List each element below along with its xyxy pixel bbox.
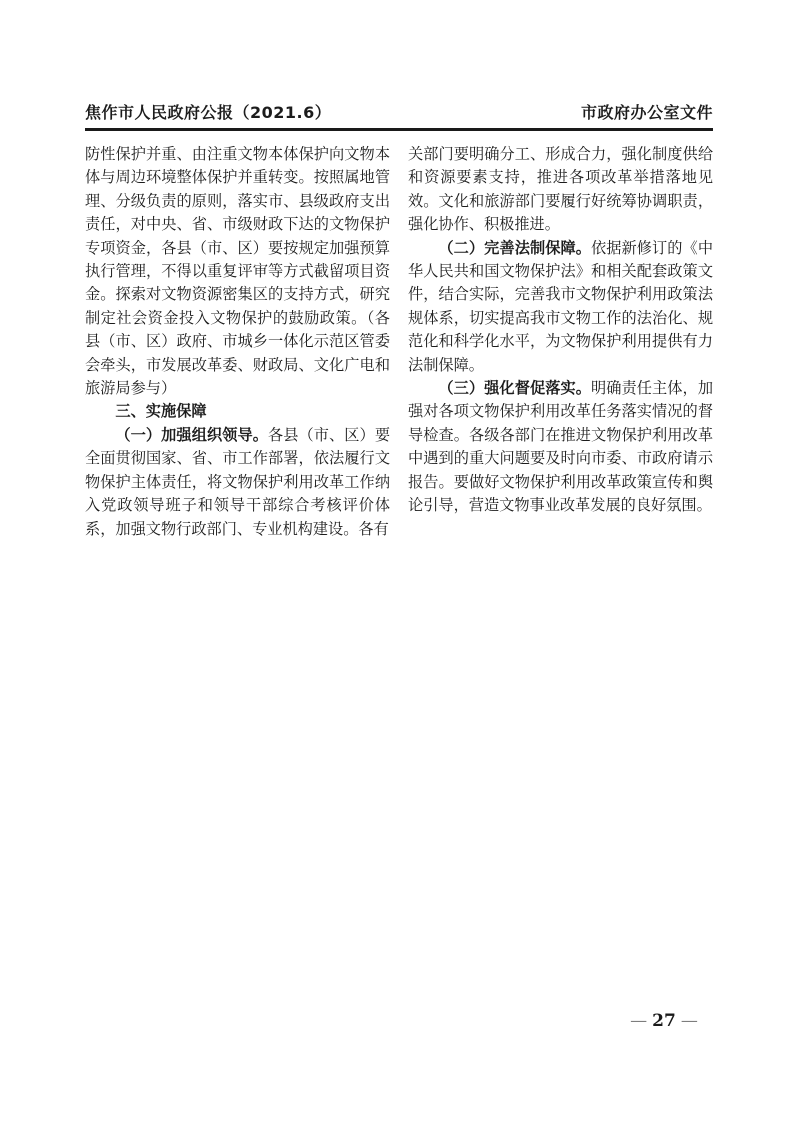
- footer-dash-left: —: [630, 1011, 647, 1031]
- item2-paragraph: （二）完善法制保障。依据新修订的《中华人民共和国文物保护法》和相关配套政策文件，…: [408, 237, 713, 377]
- item1-continuation-paragraph: 关部门要明确分工、形成合力，强化制度供给和资源要素支持，推进各项改革举措落地见效…: [408, 143, 713, 237]
- continuation-paragraph: 防性保护并重、由注重文物本体保护向文物本体与周边环境整体保护并重转变。按照属地管…: [85, 143, 390, 400]
- header-rule: [85, 128, 713, 131]
- item3-body: 明确责任主体，加强对各项文物保护利用改革任务落实情况的督导检查。各级各部门在推进…: [408, 379, 713, 514]
- item1-lead: （一）加强组织领导。: [115, 426, 268, 444]
- footer-dash-right: —: [681, 1011, 698, 1031]
- page-header: 焦作市人民政府公报（2021.6） 市政府办公室文件: [85, 100, 713, 123]
- header-left-title: 焦作市人民政府公报（2021.6）: [85, 100, 331, 123]
- item3-paragraph: （三）强化督促落实。明确责任主体，加强对各项文物保护利用改革任务落实情况的督导检…: [408, 377, 713, 517]
- item2-body: 依据新修订的《中华人民共和国文物保护法》和相关配套政策文件，结合实际，完善我市文…: [408, 239, 713, 374]
- left-column: 防性保护并重、由注重文物本体保护向文物本体与周边环境整体保护并重转变。按照属地管…: [85, 143, 390, 541]
- page-footer: —27—: [599, 1011, 729, 1031]
- right-column: 关部门要明确分工、形成合力，强化制度供给和资源要素支持，推进各项改革举措落地见效…: [408, 143, 713, 541]
- item3-lead: （三）强化督促落实。: [438, 379, 591, 397]
- item2-lead: （二）完善法制保障。: [438, 239, 591, 257]
- gazette-page: 焦作市人民政府公报（2021.6） 市政府办公室文件 防性保护并重、由注重文物本…: [0, 0, 793, 1122]
- page-number: 27: [647, 1011, 681, 1031]
- section-heading: 三、实施保障: [85, 400, 390, 423]
- body-columns: 防性保护并重、由注重文物本体保护向文物本体与周边环境整体保护并重转变。按照属地管…: [85, 143, 713, 541]
- item1-paragraph: （一）加强组织领导。各县（市、区）要全面贯彻国家、省、市工作部署，依法履行文物保…: [85, 424, 390, 541]
- header-right-title: 市政府办公室文件: [581, 100, 713, 123]
